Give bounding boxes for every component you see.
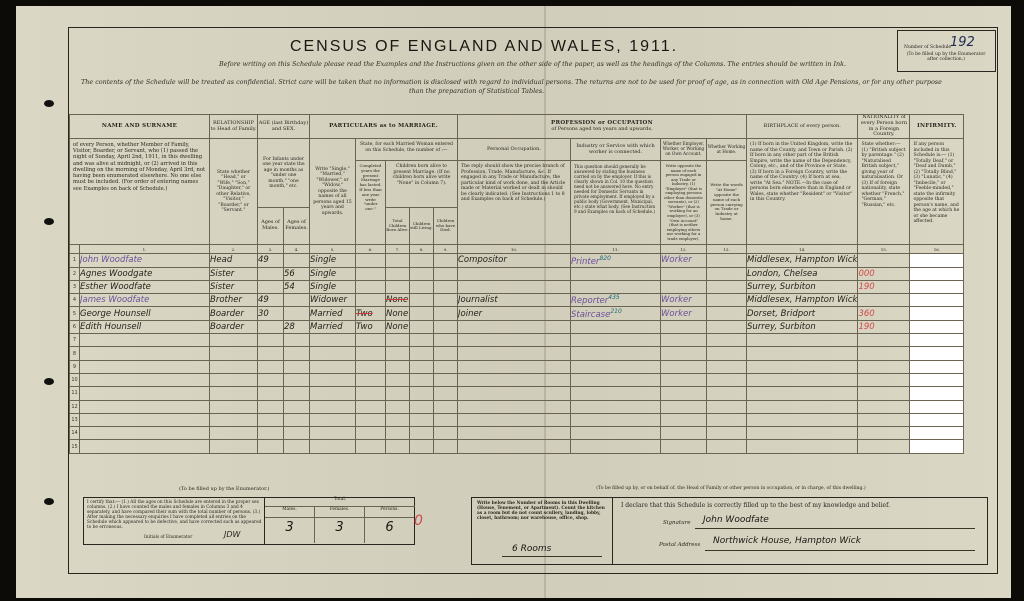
initials-label: Initials of Enumerator [144, 536, 192, 541]
schedule-number-box: Number of Schedule 192 (To be filled up … [897, 30, 996, 72]
nationality [858, 294, 910, 307]
table-row: 9 [70, 360, 964, 373]
age-male [258, 267, 284, 280]
row-number: 1 [70, 254, 80, 267]
total-females: Females.3 [315, 507, 365, 543]
working-at-home [707, 320, 747, 333]
relationship: Head [210, 254, 258, 267]
personal-occupation-instructions: The reply should show the precise branch… [458, 161, 571, 245]
nationality [858, 334, 910, 347]
infirmity-instructions: If any person included in this Schedule … [910, 139, 964, 245]
age-female [284, 440, 310, 453]
relationship [210, 387, 258, 400]
schedule-number-label: Number of Schedule [904, 45, 951, 50]
employment-status [661, 347, 707, 360]
birthplace: London, Chelsea [747, 267, 858, 280]
age-male: 49 [258, 294, 284, 307]
children-died [434, 320, 458, 333]
person-name [80, 360, 210, 373]
personal-occupation [458, 400, 571, 413]
years-married [356, 267, 386, 280]
relationship [210, 400, 258, 413]
enumerator-initials: JDW [224, 530, 240, 539]
header-marriage: PARTICULARS as to MARRIAGE. [310, 115, 458, 139]
table-row: 11 [70, 387, 964, 400]
marital-condition [310, 373, 356, 386]
relationship [210, 440, 258, 453]
industry [571, 347, 661, 360]
children-total [386, 400, 410, 413]
header-ages-males: Ages of Males. [258, 208, 284, 245]
years-married: Two [356, 320, 386, 333]
birthplace: Surrey, Surbiton [747, 320, 858, 333]
nationality [858, 387, 910, 400]
person-name: George Hounsell [80, 307, 210, 320]
years-married [356, 440, 386, 453]
infirmity [910, 440, 964, 453]
marital-condition: Married [310, 320, 356, 333]
age-female [284, 373, 310, 386]
nationality [858, 360, 910, 373]
age-male [258, 440, 284, 453]
working-at-home [707, 413, 747, 426]
age-female [284, 254, 310, 267]
head-section-title: (To be filled up by, or on behalf of, th… [471, 486, 991, 491]
age-male [258, 280, 284, 293]
row-number: 4 [70, 294, 80, 307]
person-name [80, 387, 210, 400]
header-children-died: Children who have Died. [434, 208, 458, 245]
relationship: Boarder [210, 320, 258, 333]
employer-instructions: Write opposite the name of each person e… [661, 161, 707, 245]
header-home: Whether Working at Home. [707, 139, 747, 161]
years-married [356, 427, 386, 440]
infirmity [910, 307, 964, 320]
working-at-home [707, 400, 747, 413]
person-name: John Woodfate [80, 254, 210, 267]
punch-hole [44, 100, 54, 107]
table-row: 13 [70, 413, 964, 426]
confidential-line-2: than the preparation of Statistical Tabl… [409, 87, 544, 95]
header-children-living: Children still Living. [410, 208, 434, 245]
household-table: NAME AND SURNAME RELATIONSHIP to Head of… [69, 114, 964, 454]
years-married [356, 360, 386, 373]
personal-occupation [458, 334, 571, 347]
declaration-box: I declare that this Schedule is correctl… [613, 497, 988, 565]
header-nationality: NATIONALITY of every Person born in a Fo… [858, 115, 910, 139]
children-died [434, 254, 458, 267]
children-died [434, 387, 458, 400]
age-female [284, 294, 310, 307]
census-form: CENSUS OF ENGLAND AND WALES, 1911. Befor… [68, 27, 998, 574]
nationality [858, 373, 910, 386]
children-living [410, 294, 434, 307]
age-female [284, 400, 310, 413]
years-married-instructions: Completed years the present Marriage has… [356, 161, 386, 245]
personal-occupation [458, 360, 571, 373]
personal-occupation [458, 440, 571, 453]
census-schedule-page: CENSUS OF ENGLAND AND WALES, 1911. Befor… [16, 6, 1011, 598]
children-living [410, 280, 434, 293]
children-total: None [386, 320, 410, 333]
employment-status [661, 373, 707, 386]
children-died [434, 267, 458, 280]
row-number: 5 [70, 307, 80, 320]
working-at-home [707, 254, 747, 267]
address-value: Northwick House, Hampton Wick [713, 536, 861, 546]
children-living [410, 347, 434, 360]
nationality: 190 [858, 320, 910, 333]
declaration-text: I declare that this Schedule is correctl… [621, 502, 890, 509]
person-name [80, 334, 210, 347]
children-died [434, 440, 458, 453]
industry: Staircase210 [571, 307, 661, 320]
industry [571, 373, 661, 386]
children-living [410, 334, 434, 347]
age-female: 28 [284, 320, 310, 333]
children-total [386, 334, 410, 347]
infirmity [910, 280, 964, 293]
marital-condition: Widower [310, 294, 356, 307]
industry [571, 413, 661, 426]
years-married [356, 334, 386, 347]
row-number: 15 [70, 440, 80, 453]
employment-status: Worker [661, 254, 707, 267]
age-male [258, 360, 284, 373]
table-row: 8 [70, 347, 964, 360]
industry [571, 400, 661, 413]
nationality [858, 427, 910, 440]
children-total [386, 373, 410, 386]
children-died [434, 307, 458, 320]
marital-condition [310, 440, 356, 453]
birthplace [747, 347, 858, 360]
age-instructions: For Infants under one year state the age… [258, 139, 310, 208]
age-female [284, 413, 310, 426]
children-living [410, 360, 434, 373]
infirmity [910, 360, 964, 373]
personal-occupation [458, 387, 571, 400]
row-number: 12 [70, 400, 80, 413]
nationality [858, 254, 910, 267]
nationality [858, 400, 910, 413]
age-male: 30 [258, 307, 284, 320]
header-personal-occupation: Personal Occupation. [458, 139, 571, 161]
table-row: 12 [70, 400, 964, 413]
age-female: 56 [284, 267, 310, 280]
table-row: 2Agnes WoodgateSister56SingleLondon, Che… [70, 267, 964, 280]
infirmity [910, 320, 964, 333]
birthplace: Middlesex, Hampton Wick [747, 254, 858, 267]
infirmity [910, 400, 964, 413]
red-check-mark: 0 [414, 513, 423, 529]
birthplace [747, 373, 858, 386]
head-of-family-section: (To be filled up by, or on behalf of, th… [469, 483, 997, 573]
employment-status: Worker [661, 307, 707, 320]
children-died [434, 334, 458, 347]
infirmity [910, 267, 964, 280]
children-living [410, 427, 434, 440]
children-died [434, 413, 458, 426]
signature-value: John Woodfate [703, 515, 769, 525]
industry [571, 387, 661, 400]
children-total [386, 440, 410, 453]
enumerator-section: (To be filled up by the Enumerator.) I c… [69, 483, 469, 573]
birthplace [747, 334, 858, 347]
person-name: Esther Woodfate [80, 280, 210, 293]
children-living [410, 440, 434, 453]
working-at-home [707, 334, 747, 347]
employment-status [661, 400, 707, 413]
children-instructions: Children born alive to present Marriage.… [386, 161, 458, 208]
table-row: 7 [70, 334, 964, 347]
years-married [356, 373, 386, 386]
children-died [434, 347, 458, 360]
home-instructions: Write the words "At Home" opposite the n… [707, 161, 747, 245]
person-name: Agnes Woodgate [80, 267, 210, 280]
working-at-home [707, 427, 747, 440]
children-total [386, 427, 410, 440]
marital-condition [310, 360, 356, 373]
marital-condition [310, 413, 356, 426]
header-infirmity: INFIRMITY. [910, 115, 964, 139]
relationship: Sister [210, 267, 258, 280]
marital-condition [310, 334, 356, 347]
employment-status [661, 280, 707, 293]
age-male [258, 413, 284, 426]
employment-status [661, 267, 707, 280]
birthplace [747, 387, 858, 400]
personal-occupation: Journalist [458, 294, 571, 307]
marital-condition [310, 387, 356, 400]
table-row: 6Edith HounsellBoarder28MarriedTwoNoneSu… [70, 320, 964, 333]
marital-condition: Single [310, 267, 356, 280]
header-employer: Whether Employer, Worker, or Working on … [661, 139, 707, 161]
children-died [434, 360, 458, 373]
industry [571, 280, 661, 293]
children-living [410, 267, 434, 280]
name-instructions: of every Person, whether Member of Famil… [70, 139, 210, 245]
industry [571, 334, 661, 347]
industry: Printer820 [571, 254, 661, 267]
relationship [210, 360, 258, 373]
table-row: 10 [70, 373, 964, 386]
personal-occupation [458, 427, 571, 440]
birthplace: Middlesex, Hampton Wick [747, 294, 858, 307]
table-row: 5George HounsellBoarder30MarriedTwoNoneJ… [70, 307, 964, 320]
children-died [434, 294, 458, 307]
age-male [258, 427, 284, 440]
instruction-line: Before writing on this Schedule please r… [219, 60, 846, 68]
birthplace [747, 427, 858, 440]
rooms-box: Write below the Number of Rooms in this … [471, 497, 613, 565]
children-died [434, 373, 458, 386]
infirmity [910, 373, 964, 386]
birthplace [747, 440, 858, 453]
nationality [858, 440, 910, 453]
working-at-home [707, 387, 747, 400]
certificate-text: I certify that:— (1.) All the ages on th… [87, 501, 262, 531]
infirmity [910, 427, 964, 440]
signature-label: Signature [663, 520, 691, 526]
age-male [258, 320, 284, 333]
birthplace-instructions: (1) If born in the United Kingdom, write… [747, 139, 858, 245]
age-male [258, 400, 284, 413]
years-married [356, 387, 386, 400]
age-female: 54 [284, 280, 310, 293]
years-married [356, 413, 386, 426]
children-living [410, 254, 434, 267]
totals-box: Total. Males.3 Females.3 Persons.6 [264, 498, 415, 544]
table-row: 3Esther WoodfateSister54SingleSurrey, Su… [70, 280, 964, 293]
person-name [80, 413, 210, 426]
total-males: Males.3 [265, 507, 315, 543]
industry-instructions: This question should generally be answer… [571, 161, 661, 245]
employment-status [661, 387, 707, 400]
header-relationship: RELATIONSHIP to Head of Family. [210, 115, 258, 139]
age-female [284, 334, 310, 347]
children-total [386, 267, 410, 280]
nationality: 190 [858, 280, 910, 293]
age-male [258, 387, 284, 400]
children-living [410, 387, 434, 400]
employment-status [661, 360, 707, 373]
relationship [210, 334, 258, 347]
nationality-instructions: State whether:— (1) "British subject by … [858, 139, 910, 245]
children-died [434, 400, 458, 413]
enumerator-certificate: I certify that:— (1.) All the ages on th… [83, 497, 415, 545]
row-number: 3 [70, 280, 80, 293]
employment-status [661, 320, 707, 333]
schedule-number-value: 192 [950, 35, 975, 50]
relationship [210, 347, 258, 360]
header-ages-females: Ages of Females. [284, 208, 310, 245]
relationship-instructions: State whether "Head," or "Wife," "Son," … [210, 139, 258, 245]
table-row: 15 [70, 440, 964, 453]
relationship: Sister [210, 280, 258, 293]
birthplace: Surrey, Surbiton [747, 280, 858, 293]
children-total [386, 387, 410, 400]
row-number: 8 [70, 347, 80, 360]
enumerator-title: (To be filled up by the Enumerator.) [179, 486, 270, 492]
age-female [284, 360, 310, 373]
row-number: 10 [70, 373, 80, 386]
age-female [284, 427, 310, 440]
children-living [410, 400, 434, 413]
rooms-instructions: Write below the Number of Rooms in this … [472, 498, 612, 525]
header-industry: Industry or Service with which worker is… [571, 139, 661, 161]
personal-occupation [458, 413, 571, 426]
marital-condition: Single [310, 254, 356, 267]
working-at-home [707, 294, 747, 307]
working-at-home [707, 360, 747, 373]
infirmity [910, 413, 964, 426]
table-row: 14 [70, 427, 964, 440]
industry [571, 320, 661, 333]
children-total [386, 347, 410, 360]
age-female [284, 387, 310, 400]
totals-label: Total. [265, 498, 415, 507]
working-at-home [707, 440, 747, 453]
married-women-instructions: State, for each Married Woman entered on… [356, 139, 458, 161]
row-number: 11 [70, 387, 80, 400]
children-living [410, 307, 434, 320]
industry [571, 427, 661, 440]
working-at-home [707, 347, 747, 360]
industry [571, 440, 661, 453]
employment-status [661, 334, 707, 347]
age-male [258, 347, 284, 360]
age-male [258, 334, 284, 347]
birthplace [747, 413, 858, 426]
age-male [258, 373, 284, 386]
punch-hole [44, 218, 54, 225]
relationship: Brother [210, 294, 258, 307]
relationship [210, 373, 258, 386]
years-married [356, 280, 386, 293]
children-died [434, 427, 458, 440]
schedule-number-note: (To be filled up by the Enumerator after… [902, 52, 990, 62]
children-died [434, 280, 458, 293]
row-number: 9 [70, 360, 80, 373]
row-number: 6 [70, 320, 80, 333]
page-title: CENSUS OF ENGLAND AND WALES, 1911. [69, 38, 899, 56]
header-total-children: Total Children Born Alive. [386, 208, 410, 245]
personal-occupation: Joiner [458, 307, 571, 320]
row-number: 2 [70, 267, 80, 280]
personal-occupation [458, 280, 571, 293]
column-numbers: 1. 2. 3. 4. 5. 6. 7. 8. 9. 10. 11. 12. 1… [70, 245, 964, 254]
condition-instructions: Write "Single," "Married," "Widower," or… [310, 139, 356, 245]
marital-condition: Married [310, 307, 356, 320]
marital-condition [310, 400, 356, 413]
children-living [410, 413, 434, 426]
years-married [356, 254, 386, 267]
nationality: 000 [858, 267, 910, 280]
employment-status: Worker [661, 294, 707, 307]
employment-status [661, 413, 707, 426]
marital-condition: Single [310, 280, 356, 293]
person-name [80, 440, 210, 453]
confidential-line: The contents of the Schedule will be tre… [81, 78, 942, 86]
employment-status [661, 440, 707, 453]
nationality: 360 [858, 307, 910, 320]
punch-hole [44, 498, 54, 505]
infirmity [910, 294, 964, 307]
person-name [80, 427, 210, 440]
address-label: Postal Address [659, 542, 700, 548]
row-number: 14 [70, 427, 80, 440]
children-total: None [386, 294, 410, 307]
birthplace [747, 400, 858, 413]
person-name [80, 400, 210, 413]
children-total [386, 360, 410, 373]
years-married [356, 294, 386, 307]
row-number: 7 [70, 334, 80, 347]
header-birthplace: BIRTHPLACE of every person. [747, 115, 858, 139]
infirmity [910, 347, 964, 360]
infirmity [910, 334, 964, 347]
punch-hole [44, 378, 54, 385]
total-persons: Persons.6 [365, 507, 414, 543]
personal-occupation [458, 267, 571, 280]
person-name [80, 373, 210, 386]
employment-status [661, 427, 707, 440]
working-at-home [707, 280, 747, 293]
rooms-value: 6 Rooms [512, 544, 551, 555]
table-row: 4James WoodfateBrother49WidowerNoneJourn… [70, 294, 964, 307]
header-age: AGE (last Birthday) and SEX. [258, 115, 310, 139]
